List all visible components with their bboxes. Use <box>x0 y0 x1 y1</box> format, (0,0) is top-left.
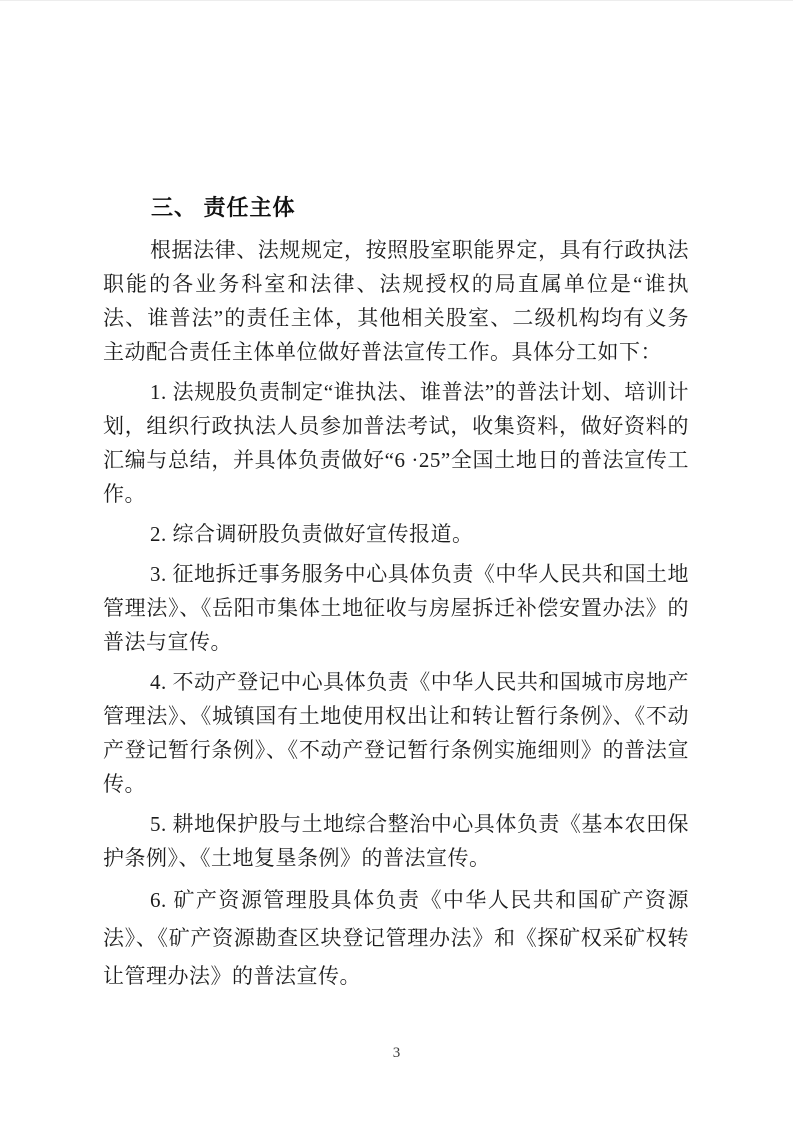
paragraph-item-6: 6. 矿产资源管理股具体负责《中华人民共和国矿产资源法》、《矿产资源勘查区块登记… <box>103 881 689 995</box>
paragraph-item-1: 1. 法规股负责制定“谁执法、谁普法”的普法计划、培训计划，组织行政执法人员参加… <box>103 375 689 511</box>
paragraph-item-3: 3. 征地拆迁事务服务中心具体负责《中华人民共和国土地管理法》、《岳阳市集体土地… <box>103 557 689 659</box>
page-number: 3 <box>0 1045 793 1062</box>
paragraph-intro: 根据法律、法规规定，按照股室职能界定，具有行政执法职能的各业务科室和法律、法规授… <box>103 233 689 369</box>
section-heading: 三、 责任主体 <box>151 191 689 225</box>
document-page: 三、 责任主体 根据法律、法规规定，按照股室职能界定，具有行政执法职能的各业务科… <box>0 0 793 1122</box>
paragraph-item-4: 4. 不动产登记中心具体负责《中华人民共和国城市房地产管理法》、《城镇国有土地使… <box>103 665 689 801</box>
document-body: 三、 责任主体 根据法律、法规规定，按照股室职能界定，具有行政执法职能的各业务科… <box>103 191 689 1001</box>
paragraph-item-2: 2. 综合调研股负责做好宣传报道。 <box>103 517 689 551</box>
paragraph-item-5: 5. 耕地保护股与土地综合整治中心具体负责《基本农田保护条例》、《土地复垦条例》… <box>103 807 689 875</box>
